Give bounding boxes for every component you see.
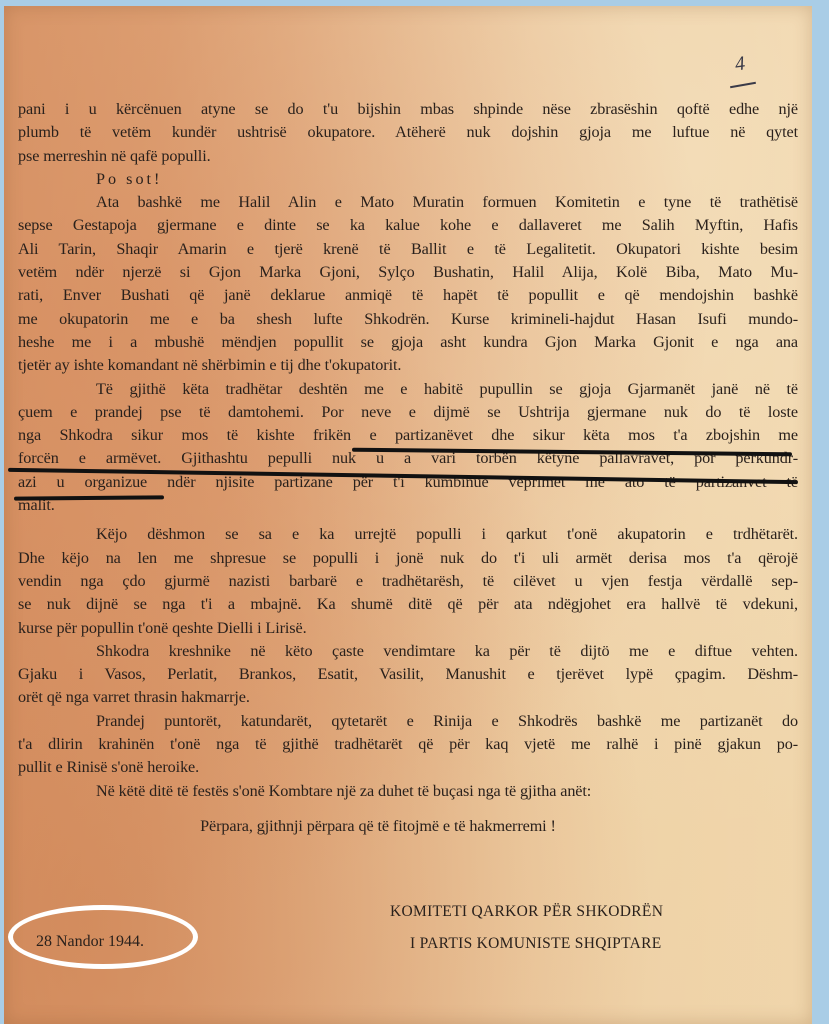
text-line: kurse për popullin t'onë qeshte Dielli i…: [18, 617, 798, 640]
text-line: Dhe këjo na len me shpresue se populli i…: [18, 547, 798, 570]
text-line: se nuk dijnë se nga t'i a mbajnë. Ka shu…: [18, 593, 798, 616]
text-line: Shkodra kreshnike në këto çaste vendimta…: [18, 640, 798, 663]
signature-line-1: KOMITETI QARKOR PËR SHKODRËN: [390, 903, 663, 921]
document-date: 28 Nandor 1944.: [36, 933, 144, 951]
text-line: Gjaku i Vasos, Perlatit, Brankos, Esatit…: [18, 663, 798, 686]
text-line: sepse Gestapoja gjermane e dinte se ka k…: [18, 214, 798, 237]
text-line: plumb të vetëm kundër ushtrisë okupatore…: [18, 121, 798, 144]
text-line: heshe me i a mbushë mëndjen popullit se …: [18, 331, 798, 354]
slogan: Përpara, gjithnji përpara që të fitojmë …: [18, 815, 798, 838]
document-body: pani i u kërcënuen atyne se do t'u bijsh…: [18, 98, 798, 838]
text-line: t'a dlirin krahinën t'onë nga të gjithë …: [18, 733, 798, 756]
text-line: Ata bashkë me Halil Alin e Mato Muratin …: [18, 191, 798, 214]
text-line: vetëm ndër njerzë si Gjon Marka Gjoni, S…: [18, 261, 798, 284]
text-line: nga Shkodra sikur mos të kishte frikën e…: [18, 424, 798, 447]
text-line: Këjo dëshmon se sa e ka urrejtë populli …: [18, 523, 798, 546]
text-line: Ali Tarin, Shaqir Amarin e tjerë krenë t…: [18, 238, 798, 261]
text-line: tjetër ay ishte komandant në shërbimin e…: [18, 354, 798, 377]
text-line: Prandej puntorët, katundarët, qytetarët …: [18, 710, 798, 733]
text-line: rati, Enver Bushati që janë deklarue anm…: [18, 284, 798, 307]
text-line: pse merreshin në qafë populli.: [18, 145, 798, 168]
text-line: Të gjithë këta tradhëtar deshtën me e ha…: [18, 378, 798, 401]
signature-line-2: I PARTIS KOMUNISTE SHQIPTARE: [410, 935, 662, 953]
text-line: pani i u kërcënuen atyne se do t'u bijsh…: [18, 98, 798, 121]
text-line: pullit e Rinisë s'onë heroike.: [18, 756, 798, 779]
section-exclamation: Po sot!: [18, 168, 798, 191]
text-line: me okupatorin me e ba shesh lufte Shkodr…: [18, 308, 798, 331]
text-line: vendin nga çdo gjurmë nazisti barbarë e …: [18, 570, 798, 593]
text-line: orët që nga varret thrasin hakmarrje.: [18, 686, 798, 709]
text-line: çuem e prandej pse të damtohemi. Por nev…: [18, 401, 798, 424]
text-line: Në këtë ditë të festës s'onë Kombtare nj…: [18, 780, 798, 803]
